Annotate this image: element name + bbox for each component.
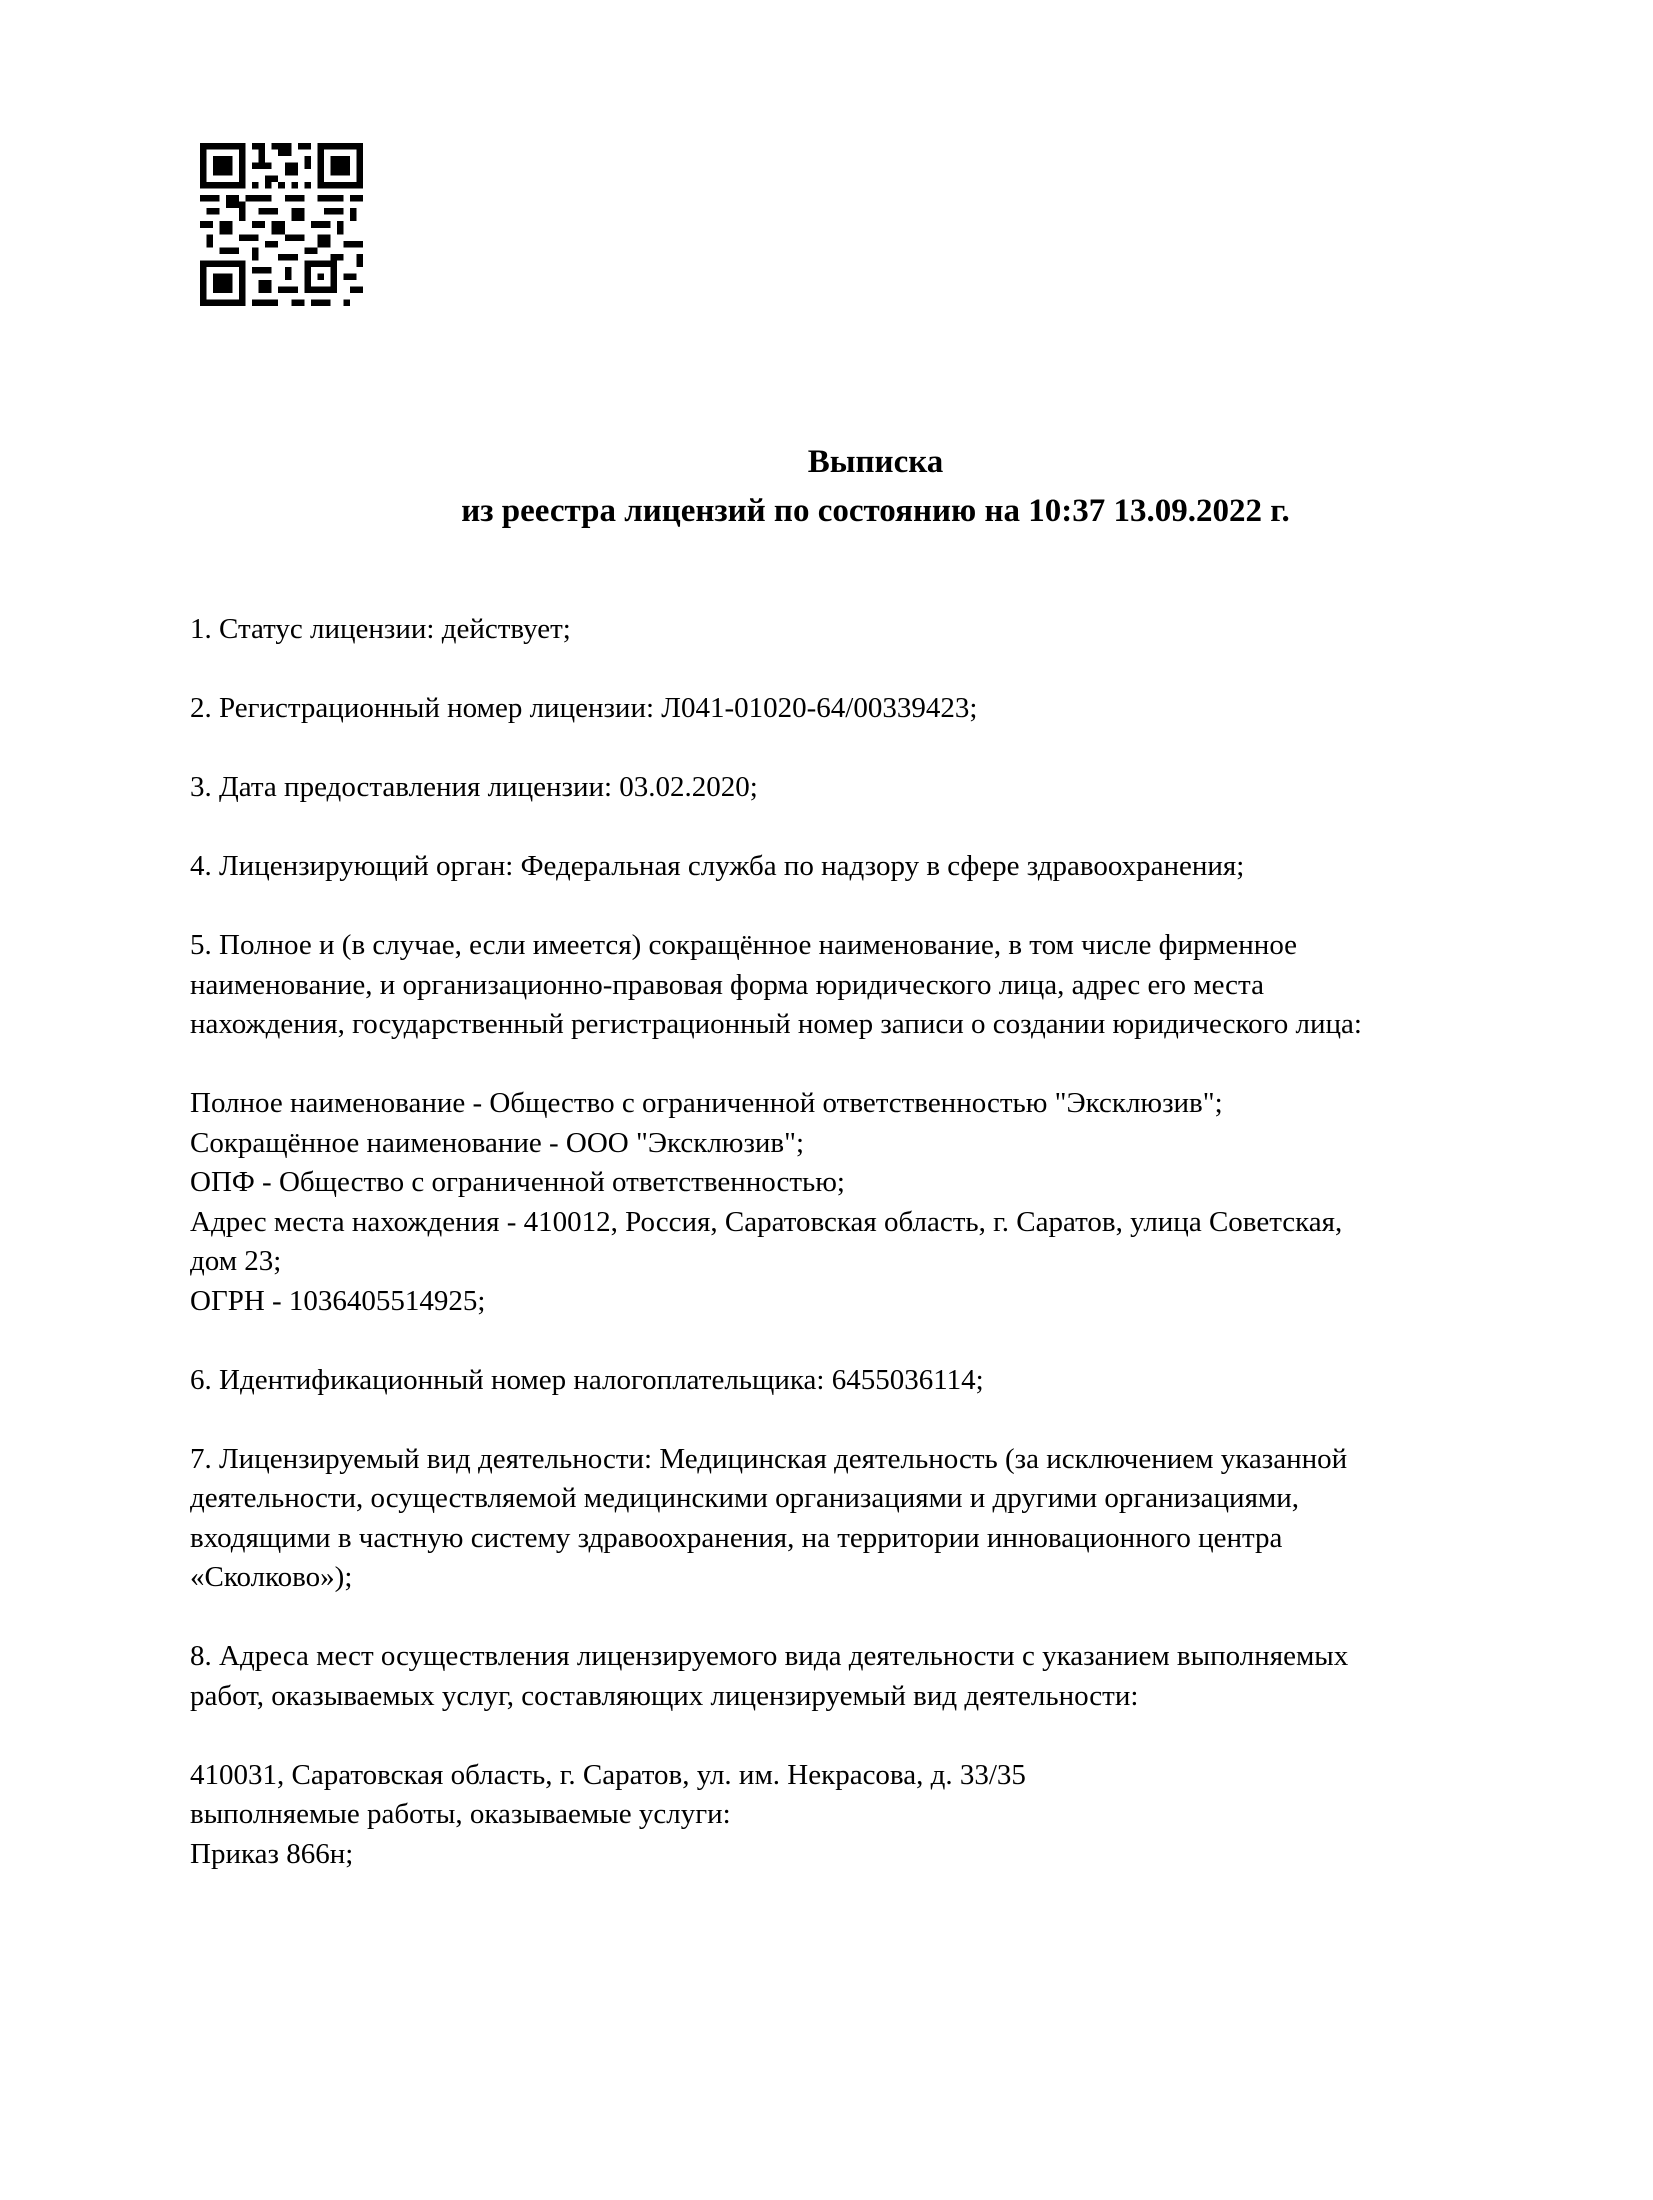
org-full-name: Полное наименование - Общество с огранич…: [190, 1084, 1510, 1124]
places-heading-line: 8. Адреса мест осуществления лицензируем…: [190, 1637, 1510, 1677]
place-order: Приказ 866н;: [190, 1835, 1510, 1875]
org-address-cont: дом 23;: [190, 1242, 1510, 1282]
license-date: 3. Дата предоставления лицензии: 03.02.2…: [190, 768, 1510, 808]
license-status: 1. Статус лицензии: действует;: [190, 610, 1510, 650]
places-heading-line: работ, оказываемых услуг, составляющих л…: [190, 1677, 1510, 1717]
activity-line: деятельности, осуществляемой медицинским…: [190, 1479, 1510, 1519]
document-subtitle: из реестра лицензий по состоянию на 10:3…: [0, 487, 1653, 536]
org-heading-line: нахождения, государственный регистрацион…: [190, 1005, 1510, 1045]
document-title: Выписка: [0, 438, 1653, 487]
activity-line: «Сколково»);: [190, 1558, 1510, 1598]
document-body: 1. Статус лицензии: действует; 2. Регист…: [190, 610, 1510, 1874]
org-heading-line: наименование, и организационно-правовая …: [190, 966, 1510, 1006]
org-inn: 6. Идентификационный номер налогоплатель…: [190, 1361, 1510, 1401]
org-opf: ОПФ - Общество с ограниченной ответствен…: [190, 1163, 1510, 1203]
org-address: Адрес места нахождения - 410012, Россия,…: [190, 1203, 1510, 1243]
org-short-name: Сокращённое наименование - ООО "Эксклюзи…: [190, 1124, 1510, 1164]
place-services-label: выполняемые работы, оказываемые услуги:: [190, 1795, 1510, 1835]
org-ogrn: ОГРН - 1036405514925;: [190, 1282, 1510, 1322]
place-address: 410031, Саратовская область, г. Саратов,…: [190, 1756, 1510, 1796]
activity-line: входящими в частную систему здравоохране…: [190, 1519, 1510, 1559]
activity-line: 7. Лицензируемый вид деятельности: Медиц…: [190, 1440, 1510, 1480]
document-header: Выписка из реестра лицензий по состоянию…: [0, 438, 1653, 536]
org-heading-line: 5. Полное и (в случае, если имеется) сок…: [190, 926, 1510, 966]
qr-code-icon: [200, 143, 363, 306]
licensing-authority: 4. Лицензирующий орган: Федеральная служ…: [190, 847, 1510, 887]
license-reg-number: 2. Регистрационный номер лицензии: Л041-…: [190, 689, 1510, 729]
